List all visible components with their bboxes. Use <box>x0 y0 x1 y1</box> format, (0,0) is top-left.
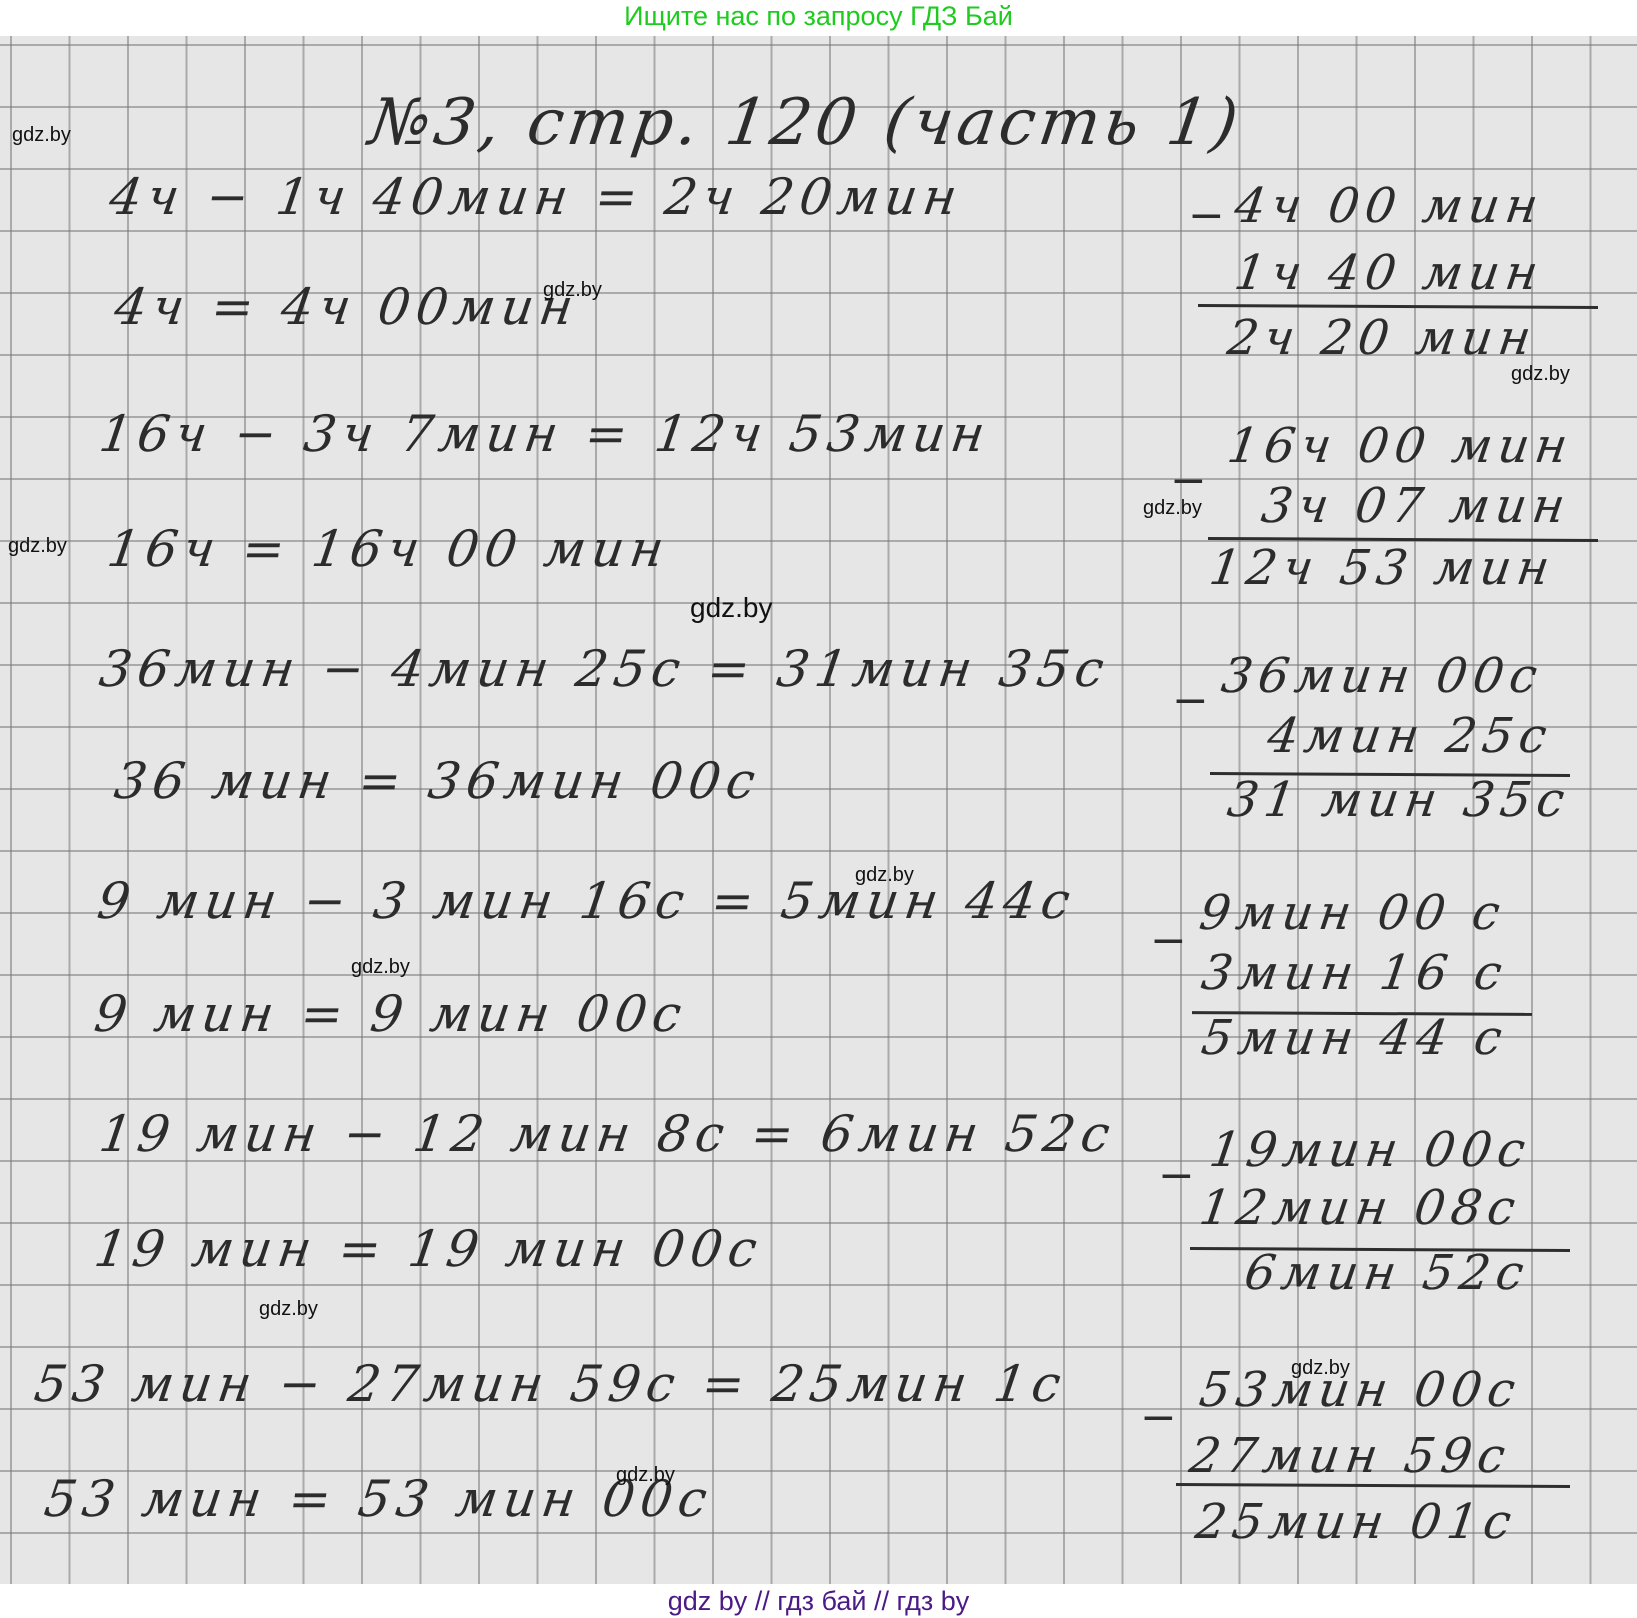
column-4-result: 5мин 44 с <box>1198 1010 1511 1066</box>
column-minus-sign: − <box>1158 1150 1195 1201</box>
watermark: gdz.by <box>1143 497 1202 520</box>
column-5-subtrahend: 12мин 08с <box>1196 1180 1524 1236</box>
column-3-subtrahend: 4мин 25с <box>1264 708 1556 764</box>
column-2-minuend: 16ч 00 мин <box>1224 418 1577 474</box>
equation-2: 16ч − 3ч 7мин = 12ч 53мин <box>96 405 994 463</box>
column-4-minuend: 9мин 00 с <box>1196 885 1509 941</box>
bottom-banner: gdz by // гдз бай // гдз by <box>0 1584 1637 1618</box>
column-minus-sign: − <box>1188 190 1225 241</box>
watermark: gdz.by <box>616 1464 675 1487</box>
watermark: gdz.by <box>1511 363 1570 386</box>
column-6-minuend: 53мин 00с <box>1196 1362 1524 1418</box>
column-minus-sign: − <box>1150 915 1187 966</box>
column-minus-sign: − <box>1172 675 1209 726</box>
equation-4: 9 мин − 3 мин 16с = 5мин 44с <box>94 872 1080 930</box>
equation-3: 36мин − 4мин 25с = 31мин 35с <box>96 640 1113 698</box>
column-6-result: 25мин 01с <box>1192 1494 1520 1550</box>
watermark: gdz.by <box>690 592 773 624</box>
conversion-1: 4ч = 4ч 00мин <box>111 278 583 336</box>
column-2-subtrahend: 3ч 07 мин <box>1258 478 1574 534</box>
column-1-subtrahend: 1ч 40 мин <box>1231 245 1547 301</box>
column-4-subtrahend: 3мин 16 с <box>1198 945 1511 1001</box>
column-2-result: 12ч 53 мин <box>1206 540 1559 596</box>
watermark: gdz.by <box>259 1298 318 1321</box>
watermark: gdz.by <box>351 956 410 979</box>
column-6-subtrahend: 27мин 59с <box>1186 1428 1514 1484</box>
column-3-result: 31 мин 35с <box>1224 772 1574 828</box>
page-title: №3, стр. 120 (часть 1) <box>365 86 1246 160</box>
conversion-4: 9 мин = 9 мин 00с <box>91 985 691 1043</box>
top-banner: Ищите нас по запросу ГДЗ Бай <box>0 0 1637 36</box>
watermark: gdz.by <box>855 864 914 887</box>
watermark: gdz.by <box>1291 1357 1350 1380</box>
conversion-5: 19 мин = 19 мин 00с <box>91 1220 767 1278</box>
column-5-result: 6мин 52с <box>1241 1245 1533 1301</box>
column-minus-sign: − <box>1140 1392 1177 1443</box>
conversion-2: 16ч = 16ч 00 мин <box>104 520 673 578</box>
conversion-3: 36 мин = 36мин 00с <box>111 752 765 810</box>
watermark: gdz.by <box>8 535 67 558</box>
watermark: gdz.by <box>12 124 71 147</box>
equation-5: 19 мин − 12 мин 8с = 6мин 52с <box>96 1105 1119 1163</box>
column-1-minuend: 4ч 00 мин <box>1231 178 1547 234</box>
column-3-minuend: 36мин 00с <box>1218 648 1546 704</box>
column-5-minuend: 19мин 00с <box>1206 1122 1534 1178</box>
equation-6: 53 мин − 27мин 59с = 25мин 1с <box>31 1355 1070 1413</box>
column-1-result: 2ч 20 мин <box>1224 310 1540 366</box>
equation-1: 4ч − 1ч 40мин = 2ч 20мин <box>106 168 966 226</box>
watermark: gdz.by <box>543 279 602 302</box>
